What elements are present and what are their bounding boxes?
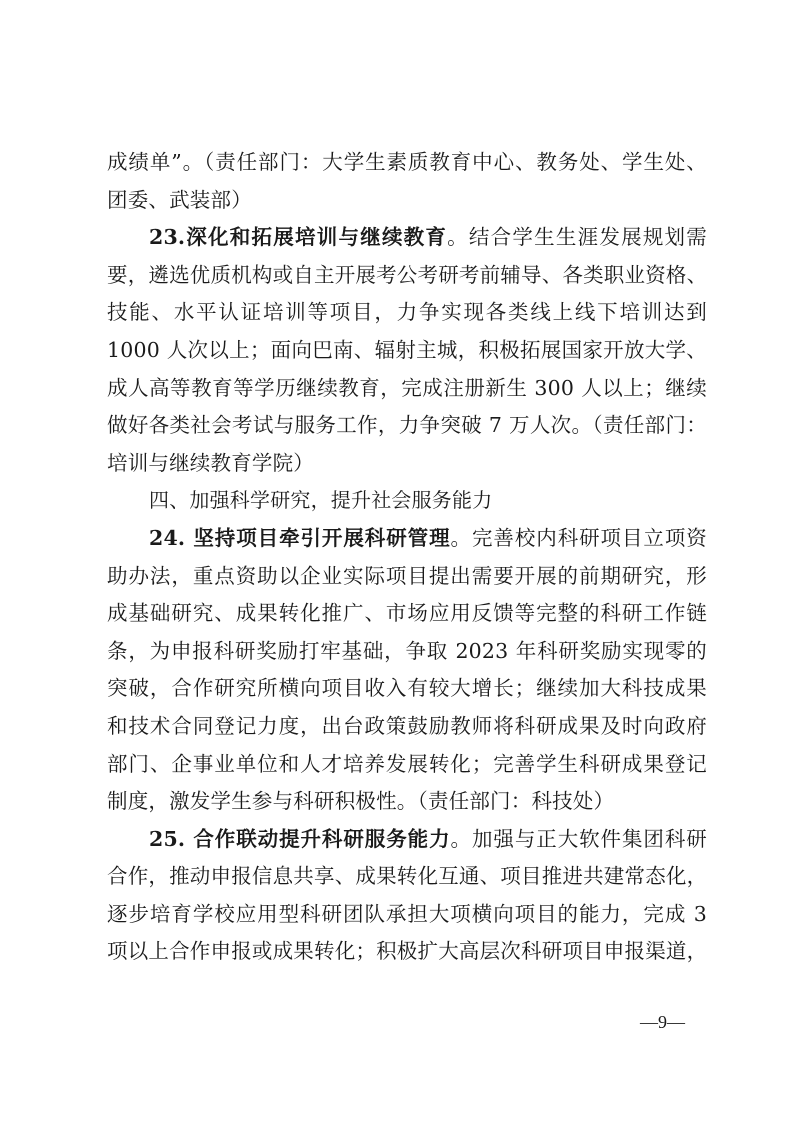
text-line: 合作，推动申报信息共享、成果转化互通、项目推进共建常态化， [107, 858, 707, 896]
text-line: 成绩单”。（责任部门：大学生素质教育中心、教务处、学生处、 [107, 144, 707, 182]
text-line: 1000 人次以上；面向巴南、辐射主城，积极拓展国家开放大学、 [107, 332, 707, 370]
document-body: 成绩单”。（责任部门：大学生素质教育中心、教务处、学生处、 团委、武装部） 23… [107, 144, 707, 971]
text-line: 做好各类社会考试与服务工作，力争突破 7 万人次。（责任部门： [107, 407, 707, 445]
section-heading: 四、加强科学研究，提升社会服务能力 [107, 482, 707, 520]
text-run: 。加强与正大软件集团科研 [451, 827, 707, 851]
item-title: 25. 合作联动提升科研服务能力 [149, 827, 451, 851]
text-line: 项以上合作申报或成果转化；积极扩大高层次科研项目申报渠道， [107, 933, 707, 971]
paragraph-23-start: 23.深化和拓展培训与继续教育。结合学生生涯发展规划需 [107, 219, 707, 257]
paragraph-24-start: 24. 坚持项目牵引开展科研管理。完善校内科研项目立项资 [107, 520, 707, 558]
text-line: 团委、武装部） [107, 182, 707, 220]
text-line: 条，为申报科研奖励打牢基础，争取 2023 年科研奖励实现零的 [107, 633, 707, 671]
text-line: 制度，激发学生参与科研积极性。（责任部门：科技处） [107, 783, 707, 821]
text-line: 助办法，重点资助以企业实际项目提出需要开展的前期研究，形 [107, 558, 707, 596]
text-line: 逐步培育学校应用型科研团队承担大项横向项目的能力，完成 3 [107, 896, 707, 934]
text-line: 部门、企事业单位和人才培养发展转化；完善学生科研成果登记 [107, 746, 707, 784]
page-number: —9— [640, 1012, 685, 1033]
text-line: 和技术合同登记力度，出台政策鼓励教师将科研成果及时向政府 [107, 708, 707, 746]
text-run: 。结合学生生涯发展规划需 [447, 225, 707, 249]
text-line: 要，遴选优质机构或自主开展考公考研考前辅导、各类职业资格、 [107, 257, 707, 295]
text-run: 。完善校内科研项目立项资 [451, 526, 707, 550]
text-line: 突破，合作研究所横向项目收入有较大增长；继续加大科技成果 [107, 670, 707, 708]
text-line: 培训与继续教育学院） [107, 445, 707, 483]
text-line: 成人高等教育等学历继续教育，完成注册新生 300 人以上；继续 [107, 370, 707, 408]
text-line: 技能、水平认证培训等项目，力争实现各类线上线下培训达到 [107, 294, 707, 332]
item-title: 23.深化和拓展培训与继续教育 [149, 225, 447, 249]
text-line: 成基础研究、成果转化推广、市场应用反馈等完整的科研工作链 [107, 595, 707, 633]
paragraph-25-start: 25. 合作联动提升科研服务能力。加强与正大软件集团科研 [107, 821, 707, 859]
item-title: 24. 坚持项目牵引开展科研管理 [149, 526, 451, 550]
